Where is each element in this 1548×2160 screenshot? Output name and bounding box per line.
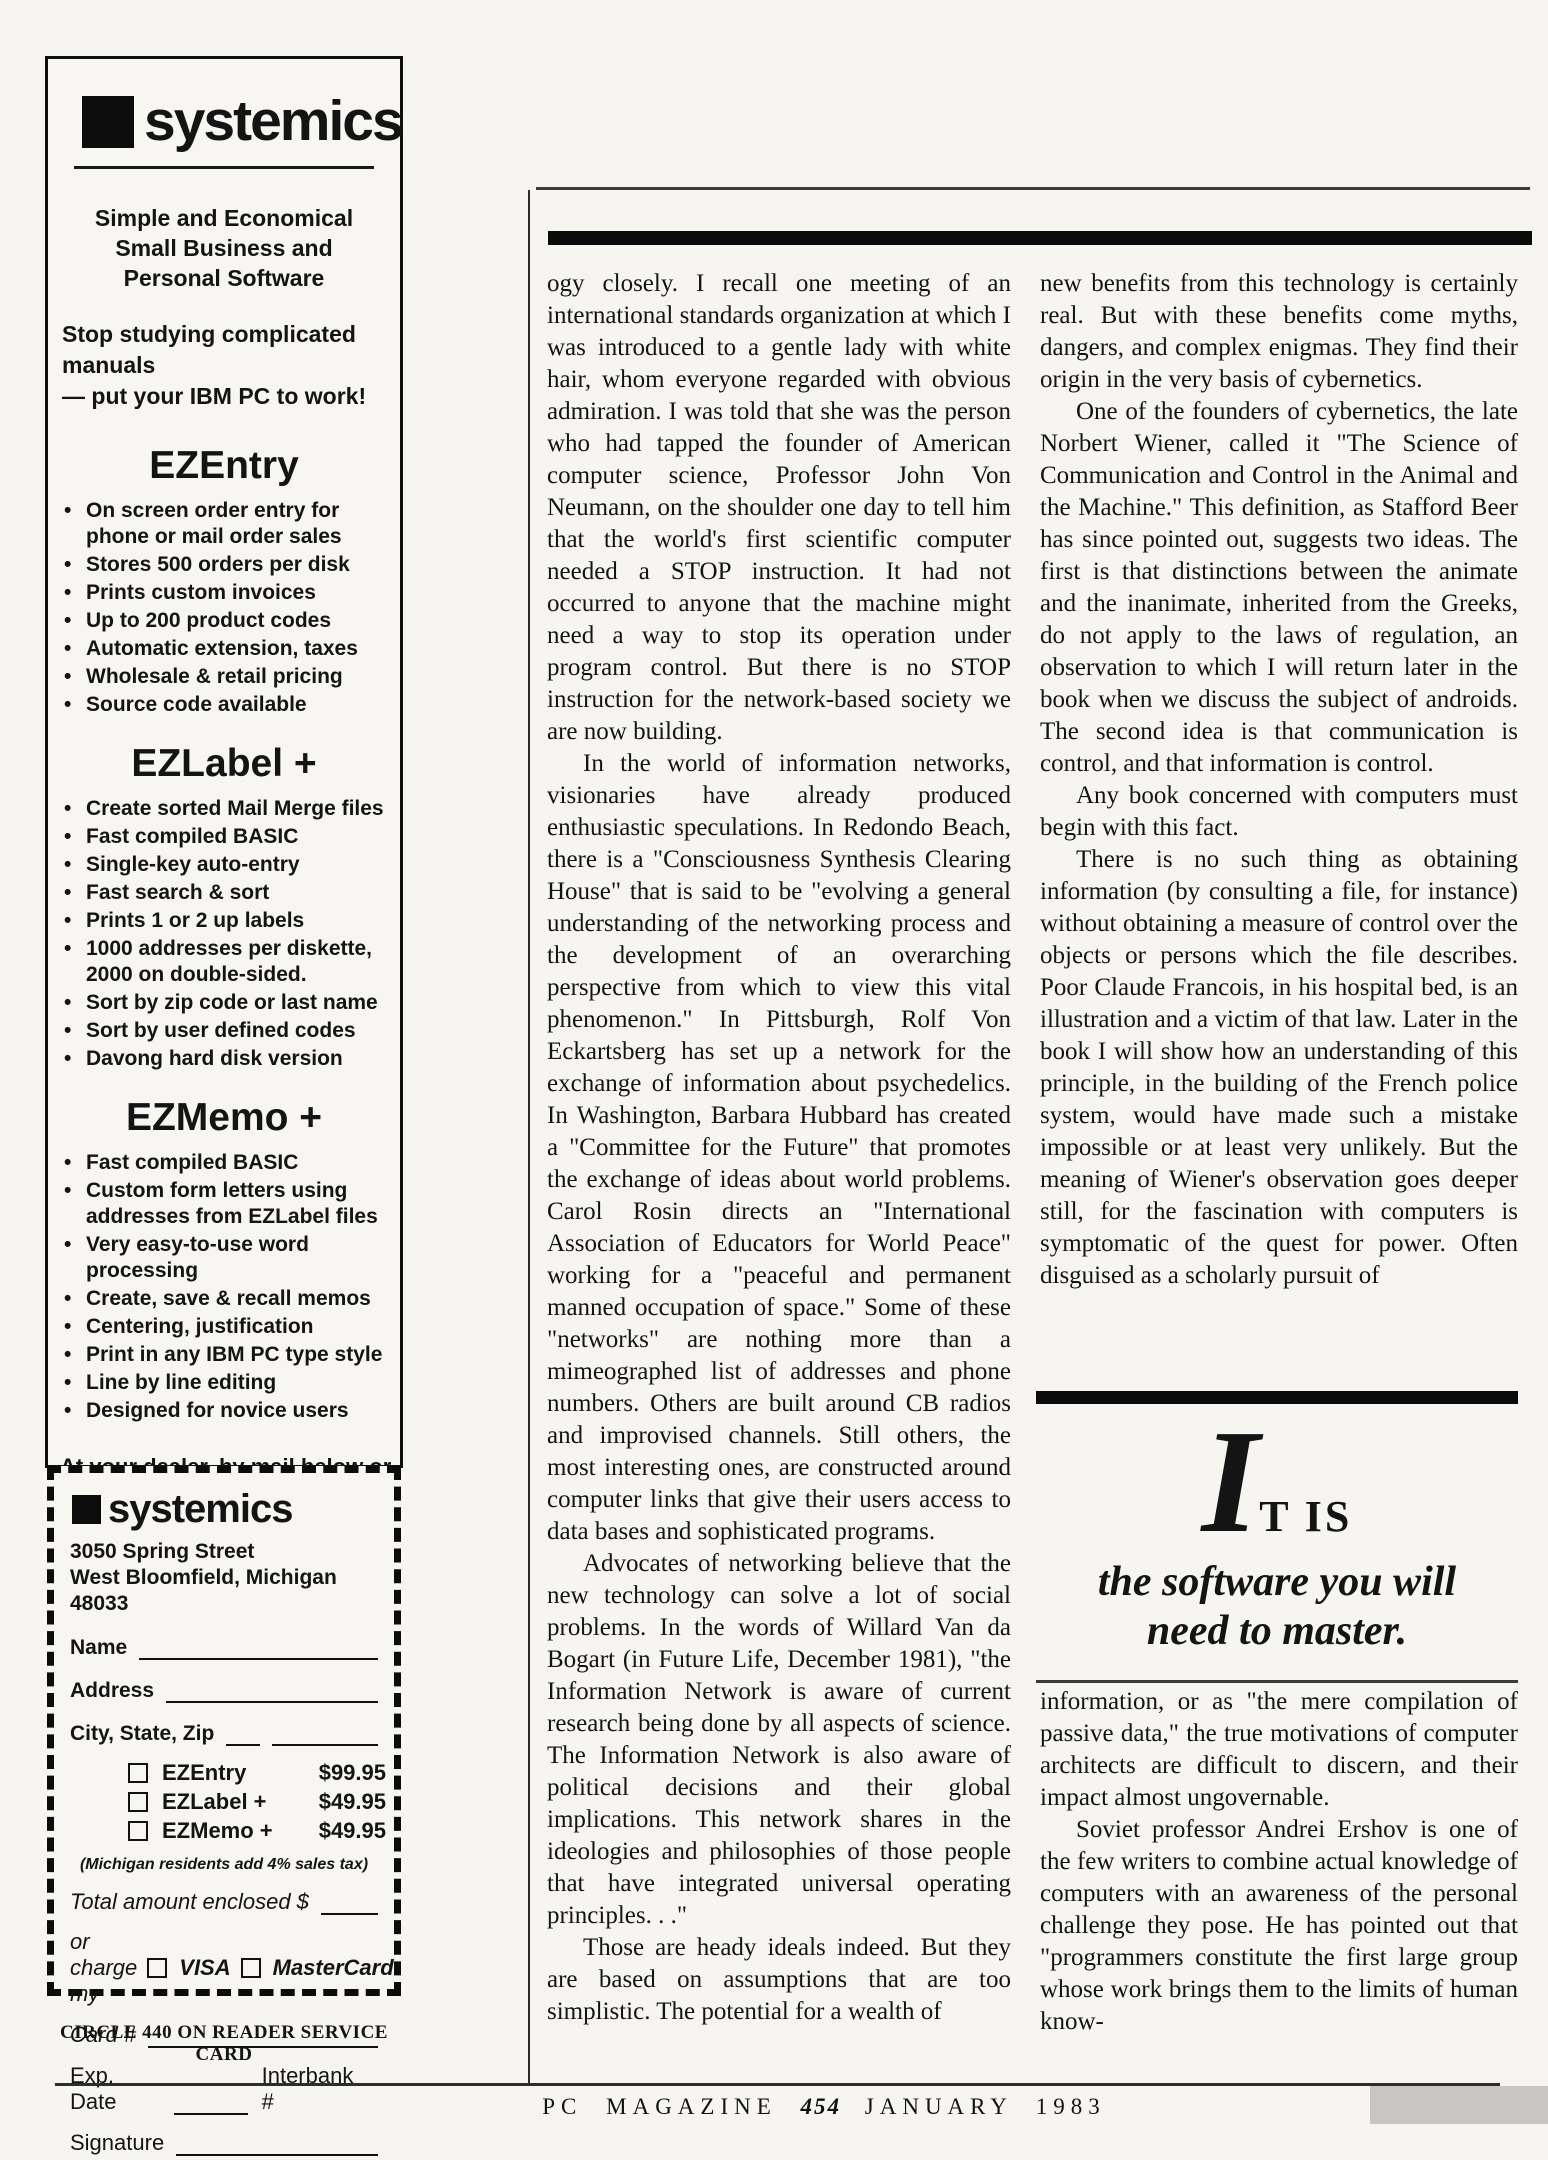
address-field-row: Address xyxy=(70,1679,378,1703)
bullet-icon: • xyxy=(64,1342,77,1368)
footer-rule xyxy=(55,2083,1500,2086)
feature-item: •Automatic extension, taxes xyxy=(64,636,396,662)
bullet-icon: • xyxy=(64,1398,77,1424)
visa-checkbox[interactable] xyxy=(147,1958,167,1978)
mastercard-checkbox[interactable] xyxy=(241,1958,261,1978)
address-line: 3050 Spring Street xyxy=(70,1539,378,1565)
bullet-icon: • xyxy=(64,580,77,606)
bullet-icon: • xyxy=(64,1314,77,1340)
name-field-label: Name xyxy=(70,1636,127,1660)
systemics-ad-box: systemics Simple and Economical Small Bu… xyxy=(45,56,403,1468)
feature-item: •Sort by user defined codes xyxy=(64,1018,396,1044)
ad-tagline: Simple and Economical Small Business and… xyxy=(48,203,400,293)
tagline-line: Simple and Economical xyxy=(48,203,400,233)
feature-item: •Create, save & recall memos xyxy=(64,1286,396,1312)
order-coupon: systemics 3050 Spring Street West Bloomf… xyxy=(47,1466,401,1996)
zip-field-line[interactable] xyxy=(272,1726,378,1746)
ezentry-checkbox[interactable] xyxy=(128,1763,148,1783)
city-state-zip-field-label: City, State, Zip xyxy=(70,1722,214,1746)
pull-quote-bottom-rule xyxy=(1036,1680,1518,1683)
city-field-line[interactable] xyxy=(226,1726,260,1746)
feature-item: •Wholesale & retail pricing xyxy=(64,664,396,690)
tax-note: (Michigan residents add 4% sales tax) xyxy=(70,1856,378,1874)
feature-item: •Up to 200 product codes xyxy=(64,608,396,634)
bullet-icon: • xyxy=(64,1178,77,1230)
brand-name: systemics xyxy=(108,1489,292,1529)
order-row-ezlabel: EZLabel + $49.95 xyxy=(128,1789,386,1815)
article-top-thick-bar xyxy=(548,231,1532,245)
name-field-row: Name xyxy=(70,1636,378,1660)
order-item-label: EZEntry xyxy=(162,1760,246,1786)
bullet-icon: • xyxy=(64,1018,77,1044)
bullet-icon: • xyxy=(64,608,77,634)
charge-row: or charge my VISA MasterCard xyxy=(70,1929,378,2007)
bullet-icon: • xyxy=(64,1150,77,1176)
reader-service-note: CIRCLE 440 ON READER SERVICE CARD xyxy=(47,2022,401,2066)
brand-square-icon xyxy=(82,96,134,148)
product-heading-ezentry: EZEntry xyxy=(48,444,400,488)
feature-item: •Sort by zip code or last name xyxy=(64,990,396,1016)
footer: PC MAGAZINE 454 JANUARY 1983 xyxy=(100,2094,1548,2120)
paragraph: information, or as "the mere compilation… xyxy=(1040,1686,1518,1814)
order-row-ezentry: EZEntry $99.95 xyxy=(128,1760,386,1786)
column-divider-rule xyxy=(528,190,530,2083)
issue-date: JANUARY 1983 xyxy=(865,2094,1106,2119)
bullet-icon: • xyxy=(64,852,77,878)
feature-item: •Line by line editing xyxy=(64,1370,396,1396)
order-row-ezmemo: EZMemo + $49.95 xyxy=(128,1818,386,1844)
pull-quote-top-bar xyxy=(1036,1391,1518,1404)
feature-item: •Fast compiled BASIC xyxy=(64,824,396,850)
feature-item: •Create sorted Mail Merge files xyxy=(64,796,396,822)
article-column-left: ogy closely. I recall one meeting of an … xyxy=(547,268,1011,2028)
order-item-label: EZMemo + xyxy=(162,1818,273,1844)
order-item-list: EZEntry $99.95 EZLabel + $49.95 EZMemo +… xyxy=(128,1760,378,1844)
feature-item: •Single-key auto-entry xyxy=(64,852,396,878)
pull-quote-line3: need to master. xyxy=(1036,1607,1518,1656)
paragraph: ogy closely. I recall one meeting of an … xyxy=(547,268,1011,748)
feature-item: •Fast search & sort xyxy=(64,880,396,906)
paragraph: Soviet professor Andrei Ershov is one of… xyxy=(1040,1814,1518,2038)
city-state-zip-field-row: City, State, Zip xyxy=(70,1722,378,1746)
ezentry-feature-list: •On screen order entry for phone or mail… xyxy=(48,498,400,718)
pull-quote-line2: the software you will xyxy=(1036,1558,1518,1607)
paragraph: One of the founders of cybernetics, the … xyxy=(1040,396,1518,780)
intro-line: — put your IBM PC to work! xyxy=(62,381,388,412)
mastercard-label: MasterCard xyxy=(273,1955,394,1981)
bullet-icon: • xyxy=(64,552,77,578)
bullet-icon: • xyxy=(64,498,77,550)
brand-name: systemics xyxy=(144,93,402,150)
bullet-icon: • xyxy=(64,796,77,822)
charge-label: or charge my xyxy=(70,1929,137,2007)
feature-item: •Print in any IBM PC type style xyxy=(64,1342,396,1368)
tagline-line: Personal Software xyxy=(48,263,400,293)
article-top-thin-rule xyxy=(536,187,1530,190)
bullet-icon: • xyxy=(64,1232,77,1284)
logo-divider xyxy=(74,166,374,169)
order-item-price: $49.95 xyxy=(319,1789,386,1815)
bullet-icon: • xyxy=(64,1286,77,1312)
bullet-icon: • xyxy=(64,908,77,934)
order-item-price: $99.95 xyxy=(319,1760,386,1786)
bullet-icon: • xyxy=(64,824,77,850)
bullet-icon: • xyxy=(64,936,77,988)
signature-line[interactable] xyxy=(176,2136,378,2156)
signature-row: Signature xyxy=(70,2130,378,2156)
bullet-icon: • xyxy=(64,1046,77,1072)
bullet-icon: • xyxy=(64,880,77,906)
feature-item: •Designed for novice users xyxy=(64,1398,396,1424)
page-number: 454 xyxy=(801,2094,842,2119)
total-label: Total amount enclosed $ xyxy=(70,1889,309,1915)
ad-intro: Stop studying complicated manuals — put … xyxy=(62,319,388,412)
ezmemo-checkbox[interactable] xyxy=(128,1821,148,1841)
pull-quote-initial: I xyxy=(1202,1408,1260,1556)
ezmemo-feature-list: •Fast compiled BASIC •Custom form letter… xyxy=(48,1150,400,1424)
bullet-icon: • xyxy=(64,692,77,718)
product-heading-ezmemo: EZMemo + xyxy=(48,1096,400,1140)
feature-item: •On screen order entry for phone or mail… xyxy=(64,498,396,550)
feature-item: •1000 addresses per diskette, 2000 on do… xyxy=(64,936,396,988)
pull-quote-rest: T IS xyxy=(1259,1491,1352,1542)
paragraph: In the world of information networks, vi… xyxy=(547,748,1011,1548)
article-column-right-bottom: information, or as "the mere compilation… xyxy=(1040,1686,1518,2038)
paragraph: Advocates of networking believe that the… xyxy=(547,1548,1011,1932)
coupon-logo: systemics xyxy=(72,1489,378,1529)
paragraph: new benefits from this technology is cer… xyxy=(1040,268,1518,396)
company-address: 3050 Spring Street West Bloomfield, Mich… xyxy=(70,1539,378,1617)
bullet-icon: • xyxy=(64,664,77,690)
name-field-line[interactable] xyxy=(139,1640,378,1660)
magazine-name: PC MAGAZINE xyxy=(542,2094,777,2119)
systemics-logo: systemics xyxy=(82,93,400,150)
feature-item: •Centering, justification xyxy=(64,1314,396,1340)
order-item-label: EZLabel + xyxy=(162,1789,267,1815)
feature-item: •Fast compiled BASIC xyxy=(64,1150,396,1176)
paragraph: Those are heady ideals indeed. But they … xyxy=(547,1932,1011,2028)
bullet-icon: • xyxy=(64,990,77,1016)
address-field-line[interactable] xyxy=(166,1683,378,1703)
product-heading-ezlabel: EZLabel + xyxy=(48,742,400,786)
feature-item: •Stores 500 orders per disk xyxy=(64,552,396,578)
feature-item: •Custom form letters using addresses fro… xyxy=(64,1178,396,1230)
signature-label: Signature xyxy=(70,2130,164,2156)
ezlabel-checkbox[interactable] xyxy=(128,1792,148,1812)
ezlabel-feature-list: •Create sorted Mail Merge files •Fast co… xyxy=(48,796,400,1072)
brand-square-icon xyxy=(72,1495,101,1524)
total-field-line[interactable] xyxy=(321,1895,378,1915)
address-field-label: Address xyxy=(70,1679,154,1703)
pull-quote-line1: IT IS xyxy=(1036,1408,1518,1558)
article-column-right-top: new benefits from this technology is cer… xyxy=(1040,268,1518,1292)
feature-item: •Davong hard disk version xyxy=(64,1046,396,1072)
bullet-icon: • xyxy=(64,636,77,662)
paragraph: Any book concerned with computers must b… xyxy=(1040,780,1518,844)
tagline-line: Small Business and xyxy=(48,233,400,263)
intro-line: Stop studying complicated manuals xyxy=(62,319,388,381)
paragraph: There is no such thing as obtaining info… xyxy=(1040,844,1518,1292)
visa-label: VISA xyxy=(179,1955,230,1981)
feature-item: •Source code available xyxy=(64,692,396,718)
feature-item: •Prints custom invoices xyxy=(64,580,396,606)
pull-quote: IT IS the software you will need to mast… xyxy=(1036,1391,1518,1683)
feature-item: •Prints 1 or 2 up labels xyxy=(64,908,396,934)
feature-item: •Very easy-to-use word processing xyxy=(64,1232,396,1284)
address-line: West Bloomfield, Michigan 48033 xyxy=(70,1565,378,1617)
order-item-price: $49.95 xyxy=(319,1818,386,1844)
scan-artifact xyxy=(1370,2086,1548,2124)
bullet-icon: • xyxy=(64,1370,77,1396)
total-row: Total amount enclosed $ xyxy=(70,1889,378,1915)
